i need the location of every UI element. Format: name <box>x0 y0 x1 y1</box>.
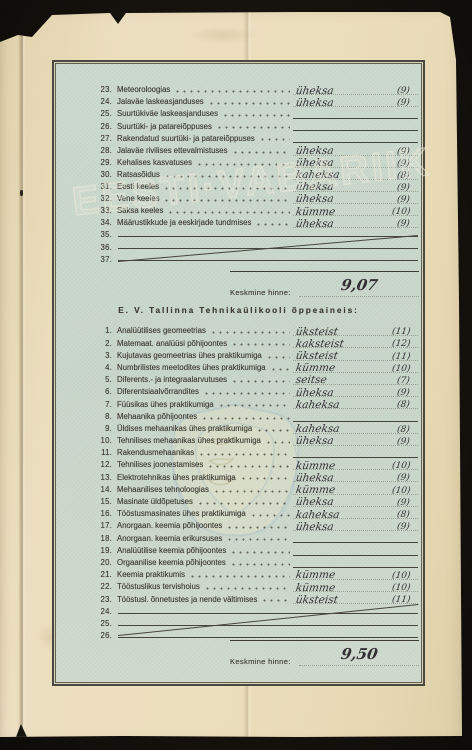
subject-label: Elektrotehnikas ühes praktikumiga <box>117 474 236 483</box>
leader-dots <box>232 551 290 554</box>
grade-row: 18.Anorgaan. keemia erikursuses <box>56 531 418 543</box>
grade-value-handwritten: (9) <box>397 499 416 508</box>
grade-row: 4.Numbrilistes meetodites ühes praktikum… <box>56 361 418 373</box>
grade-cell: üheksa(9) <box>293 145 418 156</box>
grade-cell: kümme(10) <box>293 582 418 593</box>
paper-speck <box>20 190 23 196</box>
leader-dots <box>215 490 290 493</box>
subject-number: 27. <box>56 135 112 144</box>
grade-row: 35. <box>56 228 418 240</box>
grade-value-handwritten: (10) <box>391 572 416 581</box>
subject-number: 12. <box>56 461 112 470</box>
grade-row: 37. <box>56 252 418 264</box>
grade-row: 8.Mehaanika põhijoontes <box>56 409 418 421</box>
grade-value-handwritten: (9) <box>397 184 416 193</box>
grade-row: 13.Elektrotehnikas ühes praktikumigaühek… <box>56 470 418 482</box>
grade-word-handwritten: üheksa <box>295 86 334 97</box>
grade-word-handwritten: kaheksa <box>295 400 340 411</box>
grade-value-handwritten: (11) <box>391 353 416 362</box>
crossed-out-line <box>118 625 418 626</box>
leader-dots <box>199 502 290 505</box>
grade-cell: kaksteist(12) <box>293 338 418 349</box>
leader-dots <box>267 441 290 444</box>
grade-value-handwritten: (11) <box>391 328 416 337</box>
subject-number: 17. <box>56 522 112 531</box>
document-page: 23.Meteoroloogiasüheksa(9)24.Jalaväe las… <box>0 0 472 750</box>
subject-number: 6. <box>56 388 112 397</box>
grade-word-handwritten: kümme <box>295 363 336 374</box>
subject-label: Masinate üldõpetuses <box>117 498 193 507</box>
grade-value-handwritten: (8) <box>397 401 416 410</box>
average-grade-line: 9,07 <box>299 277 419 297</box>
subject-number: 22. <box>56 583 112 592</box>
grade-row: 17.Anorgaan. keemia põhijoontesüheksa(9) <box>56 519 418 531</box>
leader-dots <box>212 331 290 334</box>
grade-row: 5.Diferents.- ja integraalarvutusesseits… <box>56 373 418 385</box>
subject-label: Keemia praktikumis <box>117 571 185 580</box>
leader-dots <box>206 587 290 590</box>
subject-number: 24. <box>56 608 112 617</box>
grade-row: 25.Suurtükiväe laskeasjanduses <box>56 107 418 119</box>
grade-word-handwritten: üheksa <box>295 182 334 193</box>
subject-number: 7. <box>56 401 112 410</box>
leader-dots <box>242 477 290 480</box>
grade-row: 21.Keemia praktikumiskümme(10) <box>56 568 418 580</box>
grade-value-handwritten: (9) <box>397 220 416 229</box>
grade-value-handwritten: (10) <box>391 584 416 593</box>
subject-label: Füüsikas ühes praktikumiga <box>117 401 214 410</box>
subject-number: 13. <box>56 474 112 483</box>
grade-row: 31.Eesti keelesüheksa(9) <box>56 180 418 192</box>
subject-label: Ratsasõidus <box>117 171 160 180</box>
subject-label: Tehnilises joonestamises <box>117 461 203 470</box>
subject-label: Üldises mehaanikas ühes praktikumiga <box>117 425 252 434</box>
grade-cell: kümme(10) <box>293 206 418 217</box>
subject-label: Tööstusmasinates ühes praktikumiga <box>117 510 246 519</box>
grade-cell: kümme(10) <box>293 362 418 373</box>
grade-value-handwritten: (9) <box>397 474 416 483</box>
subject-number: 26. <box>56 123 112 132</box>
subject-number: 11. <box>56 449 112 458</box>
subject-label: Anorgaan. keemia erikursuses <box>117 535 222 544</box>
grade-row: 19.Analüütilise keemia põhijoontes <box>56 543 418 555</box>
leader-dots <box>203 417 290 420</box>
grade-word-handwritten: üksteist <box>295 351 339 362</box>
grade-word-handwritten: üheksa <box>295 497 334 508</box>
grade-row: 28.Jalaväe rivilises ettevalmistusesühek… <box>56 143 418 155</box>
grade-value-handwritten: (8) <box>397 426 416 435</box>
grade-word-handwritten: kümme <box>295 583 336 594</box>
subject-number: 25. <box>56 110 112 119</box>
leader-dots <box>200 453 290 456</box>
grade-word-handwritten: üheksa <box>295 146 334 157</box>
leader-dots <box>176 90 290 93</box>
grades-panel: 23.Meteoroloogiasüheksa(9)24.Jalaväe las… <box>52 60 425 686</box>
subject-label: Kehalises kasvatuses <box>117 159 192 168</box>
crossed-out-line <box>118 613 418 614</box>
leader-dots <box>268 356 290 359</box>
subject-label: Anorgaan. keemia põhijoontes <box>117 522 222 531</box>
grade-value-handwritten: (8) <box>397 511 416 520</box>
subject-number: 19. <box>56 547 112 556</box>
grade-word-handwritten: üheksa <box>295 522 334 533</box>
leader-dots <box>252 514 290 517</box>
university-section-title: E. V. Tallinna Tehnikaülikooli õppeainei… <box>54 305 423 315</box>
subject-number: 26. <box>56 632 112 641</box>
grade-word-handwritten: üheksa <box>295 219 334 230</box>
subject-label: Saksa keeles <box>117 207 163 216</box>
grade-row: 7.Füüsikas ühes praktikumigakaheksa(8) <box>56 397 418 409</box>
average-grade-label: Keskmine hinne: <box>230 657 291 666</box>
subject-number: 16. <box>56 510 112 519</box>
grade-cell: kümme(10) <box>293 569 418 580</box>
leader-dots <box>257 223 290 226</box>
subject-number: 36. <box>56 244 112 253</box>
subject-label: Meteoroloogias <box>117 86 170 95</box>
grade-word-handwritten: üheksa <box>295 388 334 399</box>
grade-cell: üheksa(9) <box>293 496 418 507</box>
grade-value-handwritten: (11) <box>391 596 416 605</box>
subject-label: Suurtüki- ja patareiõppuses <box>117 123 212 132</box>
grade-value-handwritten: (10) <box>391 365 416 374</box>
grade-cell: kaheksa(8) <box>293 399 418 410</box>
grade-cell: üheksa(9) <box>293 472 418 483</box>
grade-row: 1.Analüütilises geomeetriasüksteist(11) <box>56 324 418 336</box>
crossed-out-line <box>118 637 418 638</box>
grade-row: 15.Masinate üldõpetusesüheksa(9) <box>56 495 418 507</box>
grade-row: 20.Orgaanilise keemia põhijoontes <box>56 556 418 568</box>
subject-label: Määrustikkude ja eeskirjade tundmises <box>117 219 251 228</box>
subject-number: 21. <box>56 571 112 580</box>
leader-dots <box>272 368 290 371</box>
average-grade-line: 9,50 <box>299 646 419 666</box>
subject-label: Matemaat. analüüsi põhijoontes <box>117 340 227 349</box>
leader-dots <box>169 211 290 214</box>
subject-number: 24. <box>56 98 112 107</box>
subject-label: Numbrilistes meetodites ühes praktikumig… <box>117 364 266 373</box>
leader-dots <box>233 343 290 346</box>
grade-cell: üheksa(9) <box>293 435 418 446</box>
grade-row: 29.Kehalises kasvatusesüheksa(9) <box>56 156 418 168</box>
leader-dots <box>263 599 290 602</box>
crossed-out-line <box>118 260 418 261</box>
grade-cell: kümme(10) <box>293 484 418 495</box>
crossed-out-line <box>118 248 418 249</box>
grade-row: 12.Tehnilises joonestamiseskümme(10) <box>56 458 418 470</box>
grade-word-handwritten: üksteist <box>295 595 339 606</box>
subject-number: 10. <box>56 437 112 446</box>
subject-label: Orgaanilise keemia põhijoontes <box>117 559 226 568</box>
subject-number: 28. <box>56 147 112 156</box>
grade-row: 32.Vene keelesüheksa(9) <box>56 192 418 204</box>
subject-number: 9. <box>56 425 112 434</box>
leader-dots <box>166 175 290 178</box>
grade-row: 22.Tööstuslikus tervishoiuskümme(10) <box>56 580 418 592</box>
grade-value-handwritten: (9) <box>397 99 416 108</box>
grade-word-handwritten: kümme <box>295 485 336 496</box>
grade-cell: üheksa(9) <box>293 181 418 192</box>
grade-cell: üheksa(9) <box>293 218 418 229</box>
grade-word-handwritten: kaheksa <box>295 510 340 521</box>
paper-stain <box>188 26 258 44</box>
grade-value-handwritten: (10) <box>391 208 416 217</box>
grade-word-handwritten: üksteist <box>295 327 339 338</box>
grade-value-handwritten: (8) <box>397 172 416 181</box>
subject-number: 20. <box>56 559 112 568</box>
grade-word-handwritten: üheksa <box>295 436 334 447</box>
grade-word-handwritten: kümme <box>295 461 336 472</box>
grade-word-handwritten: kaksteist <box>295 339 344 350</box>
subject-label: Diferentsiaalvõrrandites <box>117 388 199 397</box>
grade-cell: üheksa(9) <box>293 157 418 168</box>
subject-label: Kujutavas geomeetrias ühes praktikumiga <box>117 352 262 361</box>
subject-label: Suurtükiväe laskeasjanduses <box>117 110 218 119</box>
grade-row: 10.Tehnilises mehaanikas ühes praktikumi… <box>56 434 418 446</box>
grade-cell: kaheksa(8) <box>293 509 418 520</box>
leader-dots <box>258 429 290 432</box>
grade-cell: üheksa(9) <box>293 85 418 96</box>
subject-number: 37. <box>56 256 112 265</box>
subject-number: 2. <box>56 340 112 349</box>
leader-dots <box>165 187 290 190</box>
grade-cell: üksteist(11) <box>293 350 418 361</box>
grade-value-handwritten: (9) <box>397 148 416 157</box>
grade-value-handwritten: (9) <box>397 160 416 169</box>
leader-dots <box>234 151 291 154</box>
grade-row: 23.Tööstusl. õnnetustes ja nende vältimi… <box>56 592 418 604</box>
sum-rule <box>230 271 419 272</box>
grade-value-handwritten: (9) <box>397 196 416 205</box>
subject-label: Rakendusmehaanikas <box>117 449 194 458</box>
grade-cell: seitse(7) <box>293 374 418 385</box>
subject-number: 4. <box>56 364 112 373</box>
grade-row: 34.Määrustikkude ja eeskirjade tundmises… <box>56 216 418 228</box>
subject-number: 32. <box>56 195 112 204</box>
subject-label: Rakendatud suurtüki- ja patareiõppuses <box>117 135 255 144</box>
subject-number: 8. <box>56 413 112 422</box>
grade-row: 16.Tööstusmasinates ühes praktikumigakah… <box>56 507 418 519</box>
subject-label: Analüütilises geomeetrias <box>117 327 206 336</box>
subject-number: 31. <box>56 183 112 192</box>
leader-dots <box>232 563 290 566</box>
grade-row: 23.Meteoroloogiasüheksa(9) <box>56 83 418 95</box>
grade-value-handwritten: (9) <box>397 87 416 96</box>
subject-number: 3. <box>56 352 112 361</box>
subject-number: 23. <box>56 596 112 605</box>
grade-word-handwritten: kümme <box>295 207 336 218</box>
grade-row: 9.Üldises mehaanikas ühes praktikumigaka… <box>56 422 418 434</box>
subject-label: Vene keeles <box>117 195 159 204</box>
subject-label: Tehnilises mehaanikas ühes praktikumiga <box>117 437 261 446</box>
grade-cell: kümme(10) <box>293 460 418 471</box>
grade-row: 6.Diferentsiaalvõrranditesüheksa(9) <box>56 385 418 397</box>
subject-label: Jalaväe rivilises ettevalmistuses <box>117 147 228 156</box>
grade-value-handwritten: (7) <box>397 377 416 386</box>
subject-number: 35. <box>56 231 112 240</box>
grade-cell: kaheksa(8) <box>293 423 418 434</box>
grade-row: 24. <box>56 604 418 616</box>
subject-label: Mehaanika põhijoontes <box>117 413 197 422</box>
grade-cell: üheksa(9) <box>293 97 418 108</box>
grade-cell: üksteist(11) <box>293 326 418 337</box>
average-grade-label: Keskmine hinne: <box>230 288 291 297</box>
subject-number: 33. <box>56 207 112 216</box>
military-grades-section: 23.Meteoroloogiasüheksa(9)24.Jalaväe las… <box>56 83 418 264</box>
grade-word-handwritten: üheksa <box>295 473 334 484</box>
leader-dots <box>205 392 290 395</box>
grade-value-handwritten: (9) <box>397 389 416 398</box>
grade-cell: üksteist(11) <box>293 594 418 605</box>
subject-label: Tööstusl. õnnetustes ja nende vältimises <box>117 596 257 605</box>
leader-dots <box>224 114 290 117</box>
grade-row: 33.Saksa keeleskümme(10) <box>56 204 418 216</box>
subject-label: Analüütilise keemia põhijoontes <box>117 547 226 556</box>
grade-word-handwritten: üheksa <box>295 158 334 169</box>
grade-cell: kaheksa(8) <box>293 169 418 180</box>
leader-dots <box>191 575 290 578</box>
grade-word-handwritten: kaheksa <box>295 424 340 435</box>
crossed-out-line <box>118 236 418 237</box>
grade-word-handwritten: seitse <box>295 375 327 386</box>
grade-value-handwritten: (10) <box>391 462 416 471</box>
grade-word-handwritten: kümme <box>295 570 336 581</box>
grade-row: 11.Rakendusmehaanikas <box>56 446 418 458</box>
leader-dots <box>261 138 290 141</box>
fold-crease <box>18 0 26 750</box>
subject-label: Tööstuslikus tervishoius <box>117 583 200 592</box>
leader-dots <box>210 102 290 105</box>
subject-number: 14. <box>56 486 112 495</box>
leader-dots <box>228 538 290 541</box>
grade-value-handwritten: (9) <box>397 438 416 447</box>
subject-number: 1. <box>56 327 112 336</box>
university-grades-section: 1.Analüütilises geomeetriasüksteist(11)2… <box>56 324 418 641</box>
grade-row: 30.Ratsasõiduskaheksa(8) <box>56 168 418 180</box>
subject-number: 25. <box>56 620 112 629</box>
grade-value-handwritten: (9) <box>397 523 416 532</box>
subject-number: 30. <box>56 171 112 180</box>
subject-number: 29. <box>56 159 112 168</box>
subject-label: Diferents.- ja integraalarvutuses <box>117 376 227 385</box>
leader-dots <box>233 380 290 383</box>
grade-row: 36. <box>56 240 418 252</box>
grade-row: 24.Jalaväe laskeasjandusesüheksa(9) <box>56 95 418 107</box>
grade-word-handwritten: üheksa <box>295 194 334 205</box>
average-grade-value: 9,07 <box>339 279 378 293</box>
photo-backdrop: 23.Meteoroloogiasüheksa(9)24.Jalaväe las… <box>0 0 472 750</box>
grade-cell: üheksa(9) <box>293 521 418 532</box>
grade-cell: üheksa(9) <box>293 193 418 204</box>
grade-row: 2.Matemaat. analüüsi põhijoonteskaksteis… <box>56 336 418 348</box>
leader-dots <box>165 199 290 202</box>
grade-row: 14.Mehaanilises tehnoloogiaskümme(10) <box>56 482 418 494</box>
average-grade-block: Keskmine hinne: 9,50 <box>230 640 419 666</box>
subject-number: 18. <box>56 535 112 544</box>
leader-dots <box>198 163 290 166</box>
grade-word-handwritten: üheksa <box>295 98 334 109</box>
subject-label: Mehaanilises tehnoloogias <box>117 486 209 495</box>
grade-cell: üheksa(9) <box>293 387 418 398</box>
average-grade-value: 9,50 <box>339 648 378 662</box>
leader-dots <box>228 526 290 529</box>
subject-number: 34. <box>56 219 112 228</box>
subject-number: 15. <box>56 498 112 507</box>
grade-word-handwritten: kaheksa <box>295 170 340 181</box>
subject-label: Jalaväe laskeasjanduses <box>117 98 204 107</box>
leader-dots <box>220 404 290 407</box>
grade-value-handwritten: (12) <box>391 340 416 349</box>
grade-row: 3.Kujutavas geomeetrias ühes praktikumig… <box>56 348 418 360</box>
average-grade-block: Keskmine hinne: 9,07 <box>230 271 419 297</box>
subject-number: 5. <box>56 376 112 385</box>
grade-row: 26.Suurtüki- ja patareiõppuses <box>56 119 418 131</box>
paper-tear <box>16 724 27 737</box>
grade-row: 27.Rakendatud suurtüki- ja patareiõppuse… <box>56 131 418 143</box>
subject-number: 23. <box>56 86 112 95</box>
leader-dots <box>218 126 290 129</box>
leader-dots <box>209 465 290 468</box>
grade-row: 25. <box>56 617 418 629</box>
sum-rule <box>230 640 419 641</box>
grade-value-handwritten: (10) <box>391 487 416 496</box>
subject-label: Eesti keeles <box>117 183 159 192</box>
